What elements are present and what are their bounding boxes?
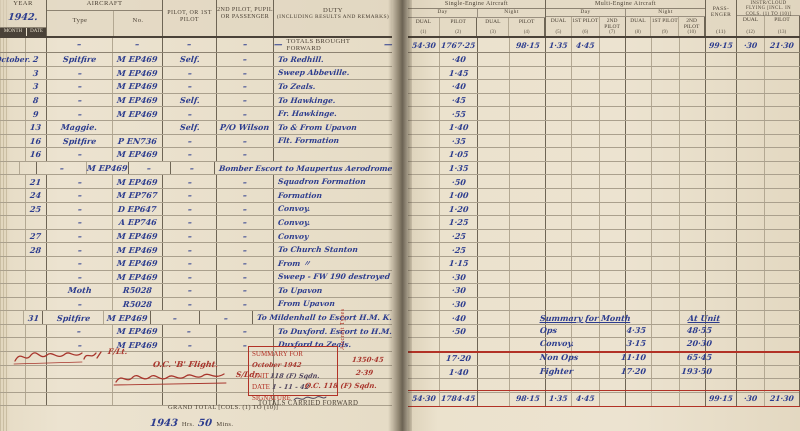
right-cell-col7 — [600, 216, 626, 229]
right-cell-col6 — [572, 257, 600, 270]
right-flight-row: 1·35 — [408, 162, 800, 176]
right-cell-col5: 1·35 — [546, 391, 572, 406]
right-cell-col9 — [652, 216, 680, 229]
right-cell-col9 — [652, 189, 680, 202]
left-cell-month — [0, 311, 24, 324]
right-cell-col8 — [626, 107, 652, 120]
right-cell-col2: ·50 — [440, 175, 478, 188]
left-type-text: – — [77, 177, 82, 187]
right-cell-col6 — [572, 175, 600, 188]
left-cell-date: 25 — [26, 203, 47, 216]
left-cell-no: M EP469 — [113, 230, 163, 243]
right-cell-col8 — [626, 38, 652, 52]
left-cell-pilot: – — [163, 216, 217, 229]
left-cell-pilot2: – — [217, 80, 274, 93]
right-cell-col12 — [737, 284, 765, 297]
left-duty-text: To & From Upavon — [278, 123, 358, 132]
left-flight-row: 16–M EP469–– — [0, 148, 392, 162]
right-cell-col3 — [478, 311, 510, 324]
time-value: 1·25 — [448, 217, 469, 227]
right-cell-col5 — [546, 67, 572, 80]
time-value: ·35 — [451, 136, 466, 146]
left-cell-date: 13 — [26, 121, 47, 134]
logbook-left-page: Year 1942. Month Date Aircraft Type No. … — [0, 0, 392, 431]
time-value: 21·30 — [770, 41, 795, 50]
right-cell-col5 — [546, 80, 572, 93]
left-flight-row: October.2SpitfireM EP469Self.–To Redhill… — [0, 53, 392, 67]
right-cell-col5 — [546, 271, 572, 284]
left-cell-date — [26, 257, 47, 270]
right-cell-col13 — [765, 366, 800, 379]
right-cell-col9 — [652, 38, 680, 52]
right-cell-col9 — [652, 243, 680, 256]
right-cell-col9 — [652, 80, 680, 93]
left-flight-row: 31SpitfireM EP469––To Mildenhall to Esco… — [0, 311, 392, 325]
right-cell-col1 — [408, 67, 440, 80]
se-night-label: Night — [478, 9, 545, 17]
time-value: 1·05 — [448, 149, 469, 159]
col-header-13: Pilot(13) — [765, 16, 800, 36]
time-value: 17·20 — [445, 353, 471, 363]
time-value: 54·30 — [411, 394, 436, 403]
left-cell-type: – — [47, 80, 113, 93]
right-cell-col11 — [706, 121, 737, 134]
time-value: ·40 — [451, 54, 466, 64]
right-cell-col11 — [706, 80, 737, 93]
col-number: (2) — [440, 30, 477, 36]
aircraft-label: Aircraft — [47, 0, 162, 11]
left-type-text: – — [77, 258, 82, 268]
left-pilot2-text: – — [242, 326, 247, 336]
right-cell-col12 — [737, 298, 765, 311]
left-cell-pilot: – — [163, 135, 217, 148]
left-no-text: D EP647 — [118, 204, 158, 214]
left-cell-date — [26, 298, 47, 311]
left-cell-type: Spitfire — [43, 311, 104, 324]
left-cell-month — [0, 325, 26, 338]
left-cell-pilot: – — [163, 271, 217, 284]
multi-engine-title: Multi-Engine Aircraft — [546, 0, 705, 9]
time-value: 1·35 — [549, 394, 568, 403]
left-pilot-text: – — [187, 177, 192, 187]
left-flight-row: 16SpitfireP EN736––Flt. Formation — [0, 135, 392, 149]
right-cell-col6 — [572, 53, 600, 66]
left-cell-pilot: – — [163, 298, 217, 311]
left-cell-month — [0, 230, 26, 243]
right-cell-col11 — [706, 271, 737, 284]
left-type-text: – — [77, 326, 82, 336]
right-cell-col5: 1·35 — [546, 38, 572, 52]
left-duty-text: To Zeals. — [278, 82, 317, 91]
passenger-section: Pass- enger (11) — [706, 0, 737, 36]
left-pilot-text: – — [187, 204, 192, 214]
time-value: 54·30 — [411, 41, 436, 50]
right-cell-col12 — [737, 243, 765, 256]
left-date-text: 27 — [30, 231, 42, 241]
right-cell-col12: ·30 — [737, 391, 765, 406]
left-pilot-text: – — [187, 272, 192, 282]
right-header: Single-Engine Aircraft Day Night Dual(1)… — [408, 0, 800, 38]
right-cell-col12 — [737, 271, 765, 284]
right-cell-col5 — [546, 53, 572, 66]
left-pilot-text: Self. — [179, 54, 200, 64]
signature-scribble-2 — [112, 370, 232, 388]
left-no-text: A EP746 — [118, 217, 157, 227]
right-cell-col13 — [765, 135, 800, 148]
left-flight-row: –A EP746––Convoy. — [0, 216, 392, 230]
right-cell-col3 — [478, 230, 510, 243]
right-cell-col10 — [680, 298, 706, 311]
summary-month-value: 11·10 — [597, 352, 646, 362]
right-cell-col2: 1·00 — [440, 189, 478, 202]
right-cell-col7 — [600, 243, 626, 256]
right-cell-col3 — [478, 67, 510, 80]
left-cell-duty — [274, 148, 392, 161]
left-cell-duty: From Upavon — [274, 298, 392, 311]
right-cell-col5 — [546, 94, 572, 107]
left-flight-row: 24–M EP767––Formation — [0, 189, 392, 203]
right-cell-col12 — [737, 53, 765, 66]
year-header-cell: Year 1942. Month Date — [0, 0, 47, 36]
right-cell-col1 — [408, 352, 440, 365]
left-cell-pilot: – — [163, 284, 217, 297]
left-no-text: M EP469 — [117, 231, 159, 241]
left-cell-duty: From 〃 — [274, 257, 392, 270]
right-cell-col13 — [765, 94, 800, 107]
right-cell-col1 — [408, 162, 440, 175]
right-cell-col13 — [765, 148, 800, 161]
right-cell-col3 — [478, 135, 510, 148]
right-cell-col10 — [680, 67, 706, 80]
time-value: 21·30 — [770, 394, 795, 403]
left-pilot2-text: – — [242, 204, 247, 214]
left-cell-duty: Fr. Hawkinge. — [274, 107, 392, 120]
single-engine-section: Single-Engine Aircraft Day Night Dual(1)… — [408, 0, 546, 36]
right-cell-col8 — [626, 175, 652, 188]
left-cell-date: 21 — [26, 175, 47, 188]
right-cell-col8 — [626, 298, 652, 311]
left-cell-pilot: – — [163, 107, 217, 120]
time-value: ·50 — [451, 177, 466, 187]
right-cell-col1 — [408, 338, 440, 351]
col-header-6: 1st Pilot(6) — [572, 17, 600, 36]
left-type-text: – — [77, 231, 82, 241]
grand-total-mins: 50 — [198, 418, 213, 429]
left-duty-text: Convoy. — [278, 204, 311, 213]
left-cell-pilot: – — [163, 148, 217, 161]
left-type-text: – — [77, 109, 82, 119]
year-label: Year — [0, 0, 46, 7]
left-type-text: – — [77, 204, 82, 214]
summary-month-value: 17·20 — [597, 366, 646, 376]
left-cell-no: M EP469 — [113, 175, 163, 188]
right-cell-col7 — [600, 162, 626, 175]
right-cell-col1 — [408, 94, 440, 107]
passenger-label-2: enger — [706, 12, 736, 18]
right-cell-col4: 98·15 — [510, 391, 546, 406]
right-cell-col8 — [626, 67, 652, 80]
left-cell-month — [0, 107, 26, 120]
right-cell-col3 — [478, 325, 510, 338]
right-cell-col9 — [652, 284, 680, 297]
time-value: ·25 — [451, 245, 466, 255]
left-duty-text: Flt. Formation — [278, 136, 340, 145]
left-type-text: – — [77, 272, 82, 282]
right-cell-col2: 1·40 — [440, 121, 478, 134]
right-cell-col12 — [737, 94, 765, 107]
left-cell-type: – — [37, 162, 88, 175]
right-cell-col3 — [478, 189, 510, 202]
right-cell-col5 — [546, 298, 572, 311]
col-header-8: Dual(8) — [626, 17, 652, 36]
left-pilot2-text: – — [242, 109, 247, 119]
left-cell-duty: Convoy. — [274, 203, 392, 216]
logbook-scan: Year 1942. Month Date Aircraft Type No. … — [0, 0, 800, 431]
right-cell-col10 — [680, 257, 706, 270]
right-cell-col13 — [765, 189, 800, 202]
left-cell-no: M EP469 — [113, 53, 163, 66]
left-cell-date — [26, 216, 47, 229]
left-cell-date — [26, 284, 47, 297]
col-header-10: 2nd Pilot(10) — [679, 17, 705, 36]
right-cell-col11 — [706, 148, 737, 161]
left-pilot-text: – — [187, 231, 192, 241]
summary-title: Summary for Month — [539, 313, 631, 323]
left-cell-type: – — [47, 189, 113, 202]
left-flight-row: MothR5028––To Upavon — [0, 284, 392, 298]
left-pilot2-text: – — [242, 258, 247, 268]
logbook-right-page: Single-Engine Aircraft Day Night Dual(1)… — [408, 0, 800, 431]
left-cell-pilot2: – — [171, 162, 215, 175]
left-cell-duty: To Redhill. — [274, 53, 392, 66]
right-cell-col9 — [652, 162, 680, 175]
left-flight-row: –R5028––From Upavon — [0, 298, 392, 312]
right-cell-col4 — [510, 53, 546, 66]
left-pilot-text: – — [187, 190, 192, 200]
right-cell-col10 — [680, 148, 706, 161]
left-date-text: 3 — [33, 68, 40, 78]
left-flight-row: 13Maggie.Self.P/O WilsonTo & From Upavon — [0, 121, 392, 135]
time-value: 98·15 — [515, 394, 540, 403]
right-flight-row: 1·15 — [408, 257, 800, 271]
right-cell-col4 — [510, 230, 546, 243]
right-cell-col7 — [600, 38, 626, 52]
monthly-summary-block: Summary for Month At Unit Ops4·3548·55Co… — [540, 313, 720, 377]
right-cell-col12 — [737, 121, 765, 134]
right-cell-col7 — [600, 257, 626, 270]
right-cell-col7 — [600, 148, 626, 161]
left-cell-month — [0, 203, 26, 216]
book-spine — [388, 0, 412, 431]
right-cell-col12 — [737, 366, 765, 379]
left-no-text: M EP469 — [117, 177, 159, 187]
summary-category-label: Fighter — [539, 366, 598, 376]
right-cell-col6 — [572, 80, 600, 93]
right-cell-col11 — [706, 216, 737, 229]
no-label: No. — [114, 11, 162, 36]
left-cell-duty: To Hawkinge. — [274, 94, 392, 107]
col-header-4: Pilot(4) — [509, 18, 545, 36]
left-pilot2-text: – — [242, 272, 247, 282]
right-cell-col2: ·30 — [440, 284, 478, 297]
right-cell-col3 — [478, 298, 510, 311]
left-cell-duty: Squadron Formation — [274, 175, 392, 188]
squadron-commander-signature: S/Ldr. O.C. 118 (F) Sqdn. — [112, 370, 376, 393]
right-cell-col2: 1·25 — [440, 216, 478, 229]
right-cell-col1 — [408, 175, 440, 188]
right-cell-col10 — [680, 189, 706, 202]
right-cell-col4 — [510, 135, 546, 148]
right-cell-col13 — [765, 53, 800, 66]
right-cell-col5 — [546, 135, 572, 148]
left-cell-type: Moth — [47, 284, 113, 297]
left-cell-date: 8 — [26, 94, 47, 107]
pilot-header-cell: Pilot, or 1st Pilot — [163, 0, 217, 36]
right-cell-col11 — [706, 298, 737, 311]
left-cell-duty: Convoy. — [274, 216, 392, 229]
right-cell-col7 — [600, 121, 626, 134]
left-cell-no: R5028 — [113, 284, 163, 297]
right-cell-col10 — [680, 391, 706, 406]
right-cell-col2: 1·45 — [440, 67, 478, 80]
left-cell-type: – — [47, 298, 113, 311]
left-cell-pilot2: – — [217, 189, 274, 202]
right-cell-col7 — [600, 53, 626, 66]
right-cell-col8 — [626, 162, 652, 175]
right-cell-col8 — [626, 148, 652, 161]
col-label: Dual — [546, 18, 571, 24]
left-date-text: 21 — [30, 177, 42, 187]
left-pilot-text: – — [187, 245, 192, 255]
right-cell-col3 — [478, 53, 510, 66]
right-brought-forward-row: 54·301767·2598·151·354·4599·15·3021·30 — [408, 38, 800, 53]
left-cell-type: – — [47, 230, 113, 243]
time-value: ·55 — [451, 109, 466, 119]
col-number: (10) — [679, 30, 704, 36]
right-flight-row: 1·20 — [408, 203, 800, 217]
right-flight-row: 1·45 — [408, 67, 800, 81]
time-value: ·30 — [451, 272, 466, 282]
left-cell-pilot: – — [163, 325, 217, 338]
left-no-text: R5028 — [123, 285, 153, 295]
left-cell-no: M EP469 — [87, 162, 128, 175]
left-flight-row: 21–M EP469––Squadron Formation — [0, 175, 392, 189]
right-cell-col1 — [408, 148, 440, 161]
summary-category-label: Ops — [539, 325, 598, 335]
time-value: 1784·45 — [441, 394, 476, 403]
left-cell-no: A EP746 — [113, 216, 163, 229]
right-cell-col4 — [510, 80, 546, 93]
right-cell-col11 — [706, 135, 737, 148]
left-cell-no: M EP469 — [113, 271, 163, 284]
right-cell-col9 — [652, 175, 680, 188]
right-cell-col4 — [510, 175, 546, 188]
right-cell-col10 — [680, 121, 706, 134]
left-type-text: – — [77, 95, 82, 105]
col-label: Dual — [477, 19, 508, 25]
right-cell-col6 — [572, 230, 600, 243]
right-cell-col9 — [652, 298, 680, 311]
right-cell-col6: 4·45 — [572, 391, 600, 406]
left-cell-no — [113, 121, 163, 134]
left-duty-text: Convoy. — [278, 218, 311, 227]
right-cell-col13 — [765, 338, 800, 351]
right-cell-col1 — [408, 271, 440, 284]
right-cell-col7 — [600, 107, 626, 120]
summary-at-unit-title: At Unit — [687, 313, 720, 323]
mins-label: Mins. — [216, 421, 233, 428]
left-cell-duty: To Upavon — [274, 284, 392, 297]
right-cell-col11 — [706, 230, 737, 243]
col-number: (8) — [626, 30, 651, 36]
left-cell-type: – — [47, 243, 113, 256]
left-pilot2-text: – — [242, 177, 247, 187]
right-cell-col7 — [600, 94, 626, 107]
summary-row: Convoy.3·1520·30 — [540, 337, 720, 351]
left-flight-row: –M EP469––Sweep - FW 190 destroyed — [0, 271, 392, 285]
left-cell-pilot: – — [151, 311, 201, 324]
left-no-text: M EP469 — [117, 272, 159, 282]
sig1-suffix: F/Lt. — [107, 347, 128, 356]
left-pilot2-text: – — [242, 299, 247, 309]
col-label: Pilot — [509, 19, 544, 25]
right-cell-col11 — [706, 203, 737, 216]
left-cell-date — [26, 271, 47, 284]
right-cell-col12: ·30 — [737, 38, 765, 52]
time-value: ·30 — [743, 394, 757, 403]
time-value: 1·40 — [448, 367, 469, 377]
right-cell-col7 — [600, 203, 626, 216]
summary-category-label: Convoy. — [539, 338, 598, 348]
col-label: 1st Pilot — [651, 18, 678, 24]
left-cell-pilot2: – — [217, 94, 274, 107]
left-type-text: – — [77, 245, 82, 255]
right-cell-col12 — [737, 189, 765, 202]
right-cell-col1 — [408, 257, 440, 270]
right-cell-col11 — [706, 67, 737, 80]
stamp-signature-scribble — [293, 394, 327, 403]
right-cell-col13 — [765, 298, 800, 311]
right-cell-col5 — [546, 148, 572, 161]
left-cell-type: – — [47, 175, 113, 188]
sig2-suffix: S/Ldr. — [235, 370, 261, 379]
right-cell-col5 — [546, 216, 572, 229]
right-cell-col8 — [626, 257, 652, 270]
left-cell-month — [0, 243, 26, 256]
right-cell-col12 — [737, 135, 765, 148]
left-duty-text: To Redhill. — [278, 55, 325, 64]
right-cell-col8 — [626, 391, 652, 406]
left-cell-pilot2: – — [217, 230, 274, 243]
right-cell-col4: 98·15 — [510, 38, 546, 52]
right-cell-col1 — [408, 121, 440, 134]
col-label: Dual — [626, 18, 651, 24]
right-cell-col6 — [572, 94, 600, 107]
time-value: 1·45 — [448, 68, 469, 78]
right-cell-col4 — [510, 94, 546, 107]
summary-row: Fighter17·20193·50 — [540, 364, 720, 378]
time-value: 1·35 — [549, 41, 568, 50]
right-cell-col10 — [680, 80, 706, 93]
right-cell-col10 — [680, 53, 706, 66]
col-label: Pilot — [440, 19, 477, 25]
right-cell-col11 — [706, 243, 737, 256]
grand-total-hours: 1943 — [149, 418, 178, 429]
right-flight-row: ·50 — [408, 175, 800, 189]
right-cell-col8 — [626, 216, 652, 229]
left-duty-text: To Hawkinge. — [278, 96, 337, 105]
left-cell-pilot: Self. — [163, 94, 217, 107]
